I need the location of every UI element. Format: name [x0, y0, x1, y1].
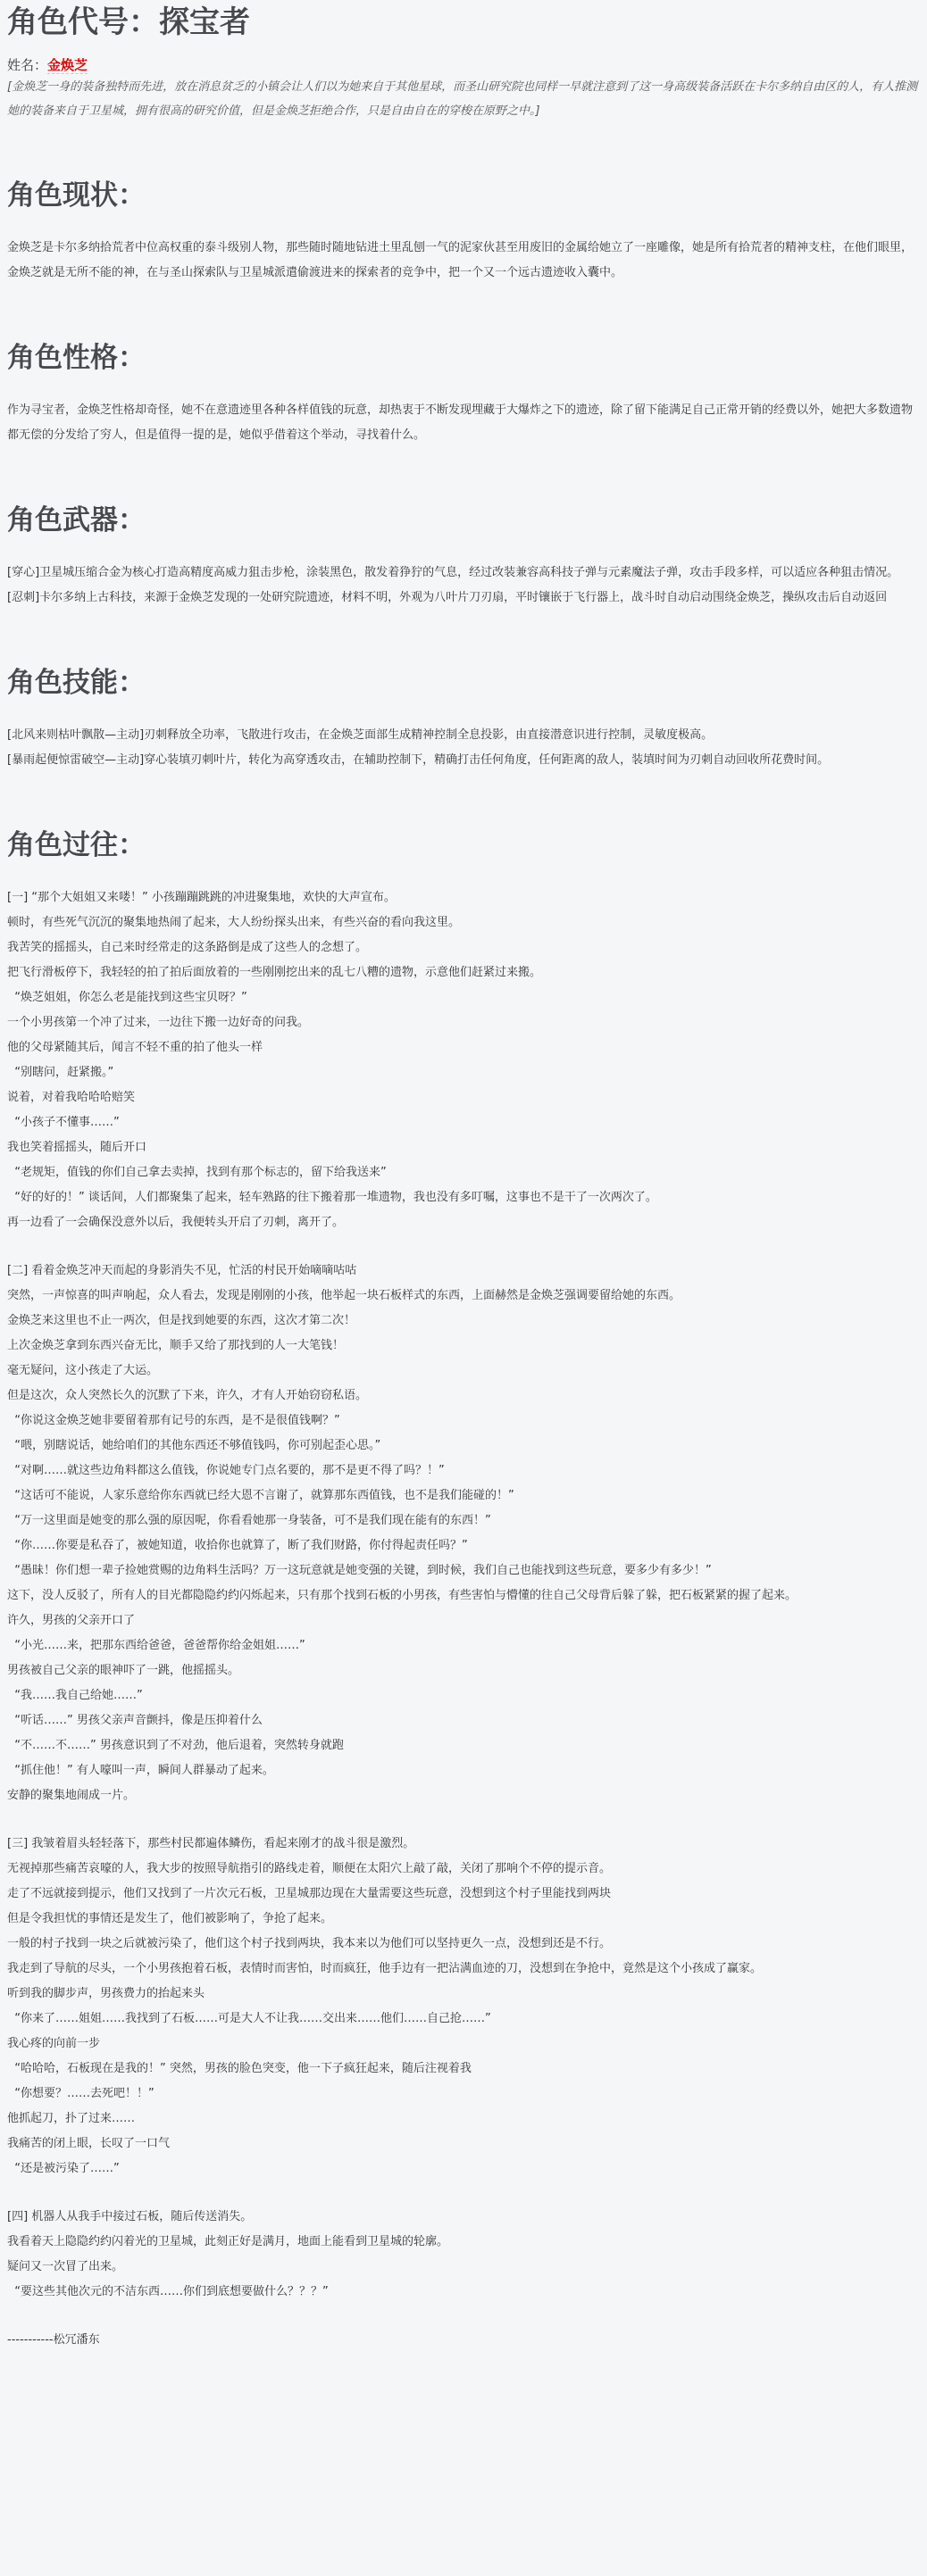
story-line: “你说这金焕芝她非要留着那有记号的东西，是不是很值钱啊？” [7, 1408, 920, 1433]
story-line: 但是这次，众人突然长久的沉默了下来，许久，才有人开始窃窃私语。 [7, 1384, 920, 1408]
story-line: [二] 看着金焕芝冲天而起的身影消失不见，忙活的村民开始嘀嘀咕咕 [7, 1259, 920, 1284]
story-line: 走了不远就接到提示，他们又找到了一片次元石板，卫星城那边现在大量需要这些玩意，没… [7, 1882, 920, 1907]
character-name-link[interactable]: 金焕芝 [47, 57, 88, 74]
story-line: 我痛苦的闭上眼，长叹了一口气 [7, 2131, 920, 2156]
story-line: 把飞行滑板停下，我轻轻的拍了拍后面放着的一些刚刚挖出来的乱七八糟的遗物，示意他们… [7, 960, 920, 985]
character-intro: [金焕芝一身的装备独特而先进，放在消息贫乏的小镇会让人们以为她来自于其他星球，而… [7, 75, 920, 123]
weapon-entry: [忍刺]卡尔多纳上古科技，来源于金焕芝发现的一处研究院遗迹，材料不明，外观为八叶… [7, 586, 920, 611]
story-line: 说着，对着我哈哈哈赔笑 [7, 1085, 920, 1110]
story-line: 无视掉那些痛苦哀嚎的人，我大步的按照导航指引的路线走着，顺便在太阳穴上敲了敲，关… [7, 1857, 920, 1882]
story-line: 顿时，有些死气沉沉的聚集地热闹了起来，大人纷纷探头出来，有些兴奋的看向我这里。 [7, 910, 920, 935]
story-line: “这话可不能说，人家乐意给你东西就已经大恩不言谢了，就算那东西值钱，也不是我们能… [7, 1483, 920, 1508]
weapon-entry: [穿心]卫星城压缩合金为核心打造高精度高威力狙击步枪，涂装黑色，散发着狰狞的气息… [7, 561, 920, 586]
story-line: 毫无疑问，这小孩走了大运。 [7, 1359, 920, 1384]
section-body-past: [一] “那个大姐姐又来喽！” 小孩蹦蹦跳跳的冲进聚集地，欢快的大声宣布。顿时，… [7, 885, 920, 2305]
story-line: 这下，没人反驳了，所有人的目光都隐隐约约闪烁起来，只有那个找到石板的小男孩，有些… [7, 1583, 920, 1608]
section-body-skills: [北风来则枯叶飘散—主动]刃刺释放全功率，飞散进行攻击，在金焕芝面部生成精神控制… [7, 723, 920, 773]
story-line: “还是被污染了……” [7, 2156, 920, 2181]
skill-entry: [北风来则枯叶飘散—主动]刃刺释放全功率，飞散进行攻击，在金焕芝面部生成精神控制… [7, 723, 920, 748]
story-line: [一] “那个大姐姐又来喽！” 小孩蹦蹦跳跳的冲进聚集地，欢快的大声宣布。 [7, 885, 920, 910]
story-line: 一个小男孩第一个冲了过来，一边往下搬一边好奇的问我。 [7, 1010, 920, 1035]
story-line: 突然，一声惊喜的叫声响起，众人看去，发现是刚刚的小孩，他举起一块石板样式的东西，… [7, 1284, 920, 1309]
story-line: 他的父母紧随其后，闻言不轻不重的拍了他头一样 [7, 1035, 920, 1060]
author-signature: -----------松冗潘东 [7, 2328, 920, 2353]
section-skills: 角色技能： [北风来则枯叶飘散—主动]刃刺释放全功率，飞散进行攻击，在金焕芝面部… [7, 666, 920, 773]
story-line: 疑问又一次冒了出来。 [7, 2255, 920, 2280]
story-chapter: [二] 看着金焕芝冲天而起的身影消失不见，忙活的村民开始嘀嘀咕咕突然，一声惊喜的… [7, 1259, 920, 1808]
section-personality: 角色性格： 作为寻宝者，金焕芝性格却奇怪，她不在意遗迹里各种各样值钱的玩意，却热… [7, 341, 920, 448]
story-line: 许久，男孩的父亲开口了 [7, 1608, 920, 1633]
section-status: 角色现状： 金焕芝是卡尔多纳拾荒者中位高权重的泰斗级别人物，那些随时随地钻进土里… [7, 179, 920, 286]
story-line: “好的好的！” 谈话间，人们都聚集了起来，轻车熟路的往下搬着那一堆遗物，我也没有… [7, 1185, 920, 1210]
story-line: [三] 我皱着眉头轻轻落下，那些村民都遍体鳞伤，看起来刚才的战斗很是激烈。 [7, 1832, 920, 1857]
story-line: 他抓起刀，扑了过来…… [7, 2107, 920, 2131]
section-body-personality: 作为寻宝者，金焕芝性格却奇怪，她不在意遗迹里各种各样值钱的玩意，却热衷于不断发现… [7, 398, 920, 448]
story-line: 我看着天上隐隐约约闪着光的卫星城，此刻正好是满月，地面上能看到卫星城的轮廓。 [7, 2230, 920, 2255]
paragraph: 作为寻宝者，金焕芝性格却奇怪，她不在意遗迹里各种各样值钱的玩意，却热衷于不断发现… [7, 398, 920, 448]
story-line: 我走到了导航的尽头，一个小男孩抱着石板，表情时而害怕，时而疯狂，他手边有一把沾满… [7, 1957, 920, 1982]
story-line: “听话……” 男孩父亲声音颤抖，像是压抑着什么 [7, 1708, 920, 1733]
section-title-personality: 角色性格： [7, 341, 920, 375]
story-chapter: [一] “那个大姐姐又来喽！” 小孩蹦蹦跳跳的冲进聚集地，欢快的大声宣布。顿时，… [7, 885, 920, 1235]
story-line: “对啊……就这些边角料都这么值钱，你说她专门点名要的，那不是更不得了吗？！” [7, 1458, 920, 1483]
story-line: “小孩子不懂事……” [7, 1110, 920, 1135]
section-title-weapons: 角色武器： [7, 503, 920, 537]
story-line: “我……我自己给她……” [7, 1683, 920, 1708]
section-weapons: 角色武器： [穿心]卫星城压缩合金为核心打造高精度高威力狙击步枪，涂装黑色，散发… [7, 503, 920, 611]
story-line: “你……你要是私吞了，被她知道，收拾你也就算了，断了我们财路，你付得起责任吗？” [7, 1533, 920, 1558]
story-line: “要这些其他次元的不洁东西……你们到底想要做什么？？？” [7, 2280, 920, 2305]
character-document: 角色代号：探宝者 姓名：金焕芝 [金焕芝一身的装备独特而先进，放在消息贫乏的小镇… [7, 0, 920, 2353]
story-line: 一般的村子找到一块之后就被污染了，他们这个村子找到两块，我本来以为他们可以坚持更… [7, 1932, 920, 1957]
paragraph: 金焕芝是卡尔多纳拾荒者中位高权重的泰斗级别人物，那些随时随地钻进土里乱刨一气的泥… [7, 236, 920, 286]
story-line: 安静的聚集地闹成一片。 [7, 1783, 920, 1808]
story-line: [四] 机器人从我手中接过石板，随后传送消失。 [7, 2205, 920, 2230]
name-label: 姓名： [7, 57, 47, 73]
story-chapter: [三] 我皱着眉头轻轻落下，那些村民都遍体鳞伤，看起来刚才的战斗很是激烈。无视掉… [7, 1832, 920, 2181]
story-line: 上次金焕芝拿到东西兴奋无比，顺手又给了那找到的人一大笔钱！ [7, 1334, 920, 1359]
story-line: “愚昧！你们想一辈子捡她赏赐的边角料生活吗？万一这玩意就是她变强的关键，到时候，… [7, 1558, 920, 1583]
story-line: 我也笑着摇摇头，随后开口 [7, 1135, 920, 1160]
section-title-status: 角色现状： [7, 179, 920, 212]
story-line: 我苦笑的摇摇头，自己来时经常走的这条路倒是成了这些人的念想了。 [7, 935, 920, 960]
page-title: 角色代号：探宝者 [7, 0, 920, 39]
story-line: “不……不……” 男孩意识到了不对劲，他后退着，突然转身就跑 [7, 1733, 920, 1758]
story-line: “哈哈哈，石板现在是我的！” 突然，男孩的脸色突变，他一下子疯狂起来，随后注视着… [7, 2057, 920, 2082]
story-line: 但是令我担忧的事情还是发生了，他们被影响了，争抢了起来。 [7, 1907, 920, 1932]
story-line: “你来了……姐姐……我找到了石板……可是大人不让我……交出来……他们……自己抢…… [7, 2007, 920, 2032]
section-body-weapons: [穿心]卫星城压缩合金为核心打造高精度高威力狙击步枪，涂装黑色，散发着狰狞的气息… [7, 561, 920, 611]
story-line: 再一边看了一会确保没意外以后，我便转头开启了刃刺，离开了。 [7, 1210, 920, 1235]
story-line: “抓住他！” 有人嚎叫一声，瞬间人群暴动了起来。 [7, 1758, 920, 1783]
story-line: 我心疼的向前一步 [7, 2032, 920, 2057]
story-line: “小光……来，把那东西给爸爸，爸爸帮你给金姐姐……” [7, 1633, 920, 1658]
story-line: 金焕芝来这里也不止一两次，但是找到她要的东西，这次才第二次！ [7, 1309, 920, 1334]
story-line: “万一这里面是她变的那么强的原因呢，你看看她那一身装备，可不是我们现在能有的东西… [7, 1508, 920, 1533]
section-title-skills: 角色技能： [7, 666, 920, 700]
character-name-line: 姓名：金焕芝 [7, 55, 920, 75]
story-line: “喂，别瞎说话，她给咱们的其他东西还不够值钱吗，你可别起歪心思。” [7, 1433, 920, 1458]
section-past: 角色过往： [一] “那个大姐姐又来喽！” 小孩蹦蹦跳跳的冲进聚集地，欢快的大声… [7, 828, 920, 2305]
section-body-status: 金焕芝是卡尔多纳拾荒者中位高权重的泰斗级别人物，那些随时随地钻进土里乱刨一气的泥… [7, 236, 920, 286]
section-title-past: 角色过往： [7, 828, 920, 862]
story-line: “老规矩，值钱的你们自己拿去卖掉，找到有那个标志的，留下给我送来” [7, 1160, 920, 1185]
story-line: “你想要？……去死吧！！” [7, 2082, 920, 2107]
story-line: “别瞎问，赶紧搬。” [7, 1060, 920, 1085]
story-line: 男孩被自己父亲的眼神吓了一跳，他摇摇头。 [7, 1658, 920, 1683]
story-chapter: [四] 机器人从我手中接过石板，随后传送消失。我看着天上隐隐约约闪着光的卫星城，… [7, 2205, 920, 2305]
skill-entry: [暴雨起便惊雷破空—主动]穿心装填刃刺叶片，转化为高穿透攻击，在辅助控制下，精确… [7, 748, 920, 773]
story-line: “焕芝姐姐，你怎么老是能找到这些宝贝呀？” [7, 985, 920, 1010]
story-line: 听到我的脚步声，男孩费力的抬起来头 [7, 1982, 920, 2007]
